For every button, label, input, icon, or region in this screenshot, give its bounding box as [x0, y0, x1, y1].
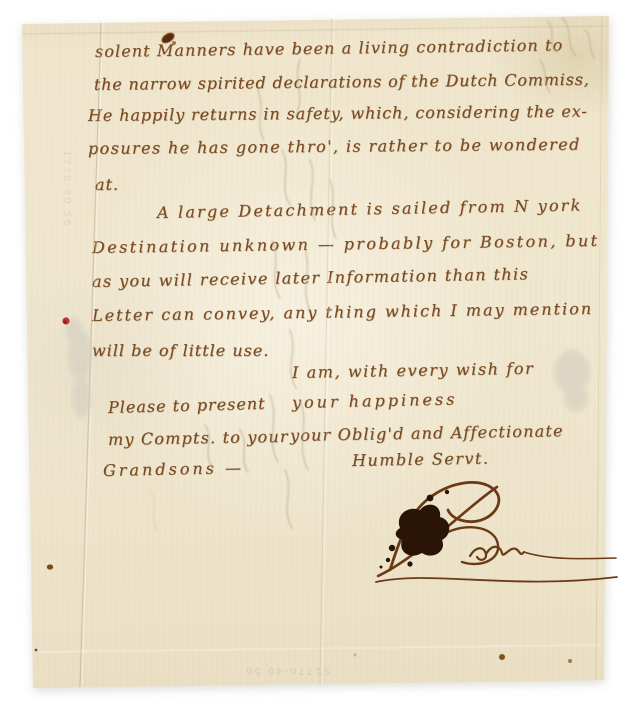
- courtesy-line: Please to present: [108, 394, 266, 418]
- body-line: posures he has gone thro', is rather to …: [88, 135, 581, 159]
- body-line: at.: [95, 175, 119, 195]
- closing-line: Humble Servt.: [352, 449, 490, 471]
- courtesy-line: my Compts. to your: [108, 427, 289, 450]
- pencil-inscription-left: 1776-40 56: [61, 150, 72, 228]
- closing-line: your happiness: [292, 390, 458, 413]
- scanned-letter-photo: solent Manners have been a living contra…: [0, 0, 634, 715]
- closing-line: I am, with every wish for: [292, 359, 535, 383]
- courtesy-line: Grandsons —: [103, 458, 244, 481]
- body-line: will be of little use.: [92, 341, 269, 361]
- pencil-inscription-bottom: S1776-40 56: [244, 665, 330, 676]
